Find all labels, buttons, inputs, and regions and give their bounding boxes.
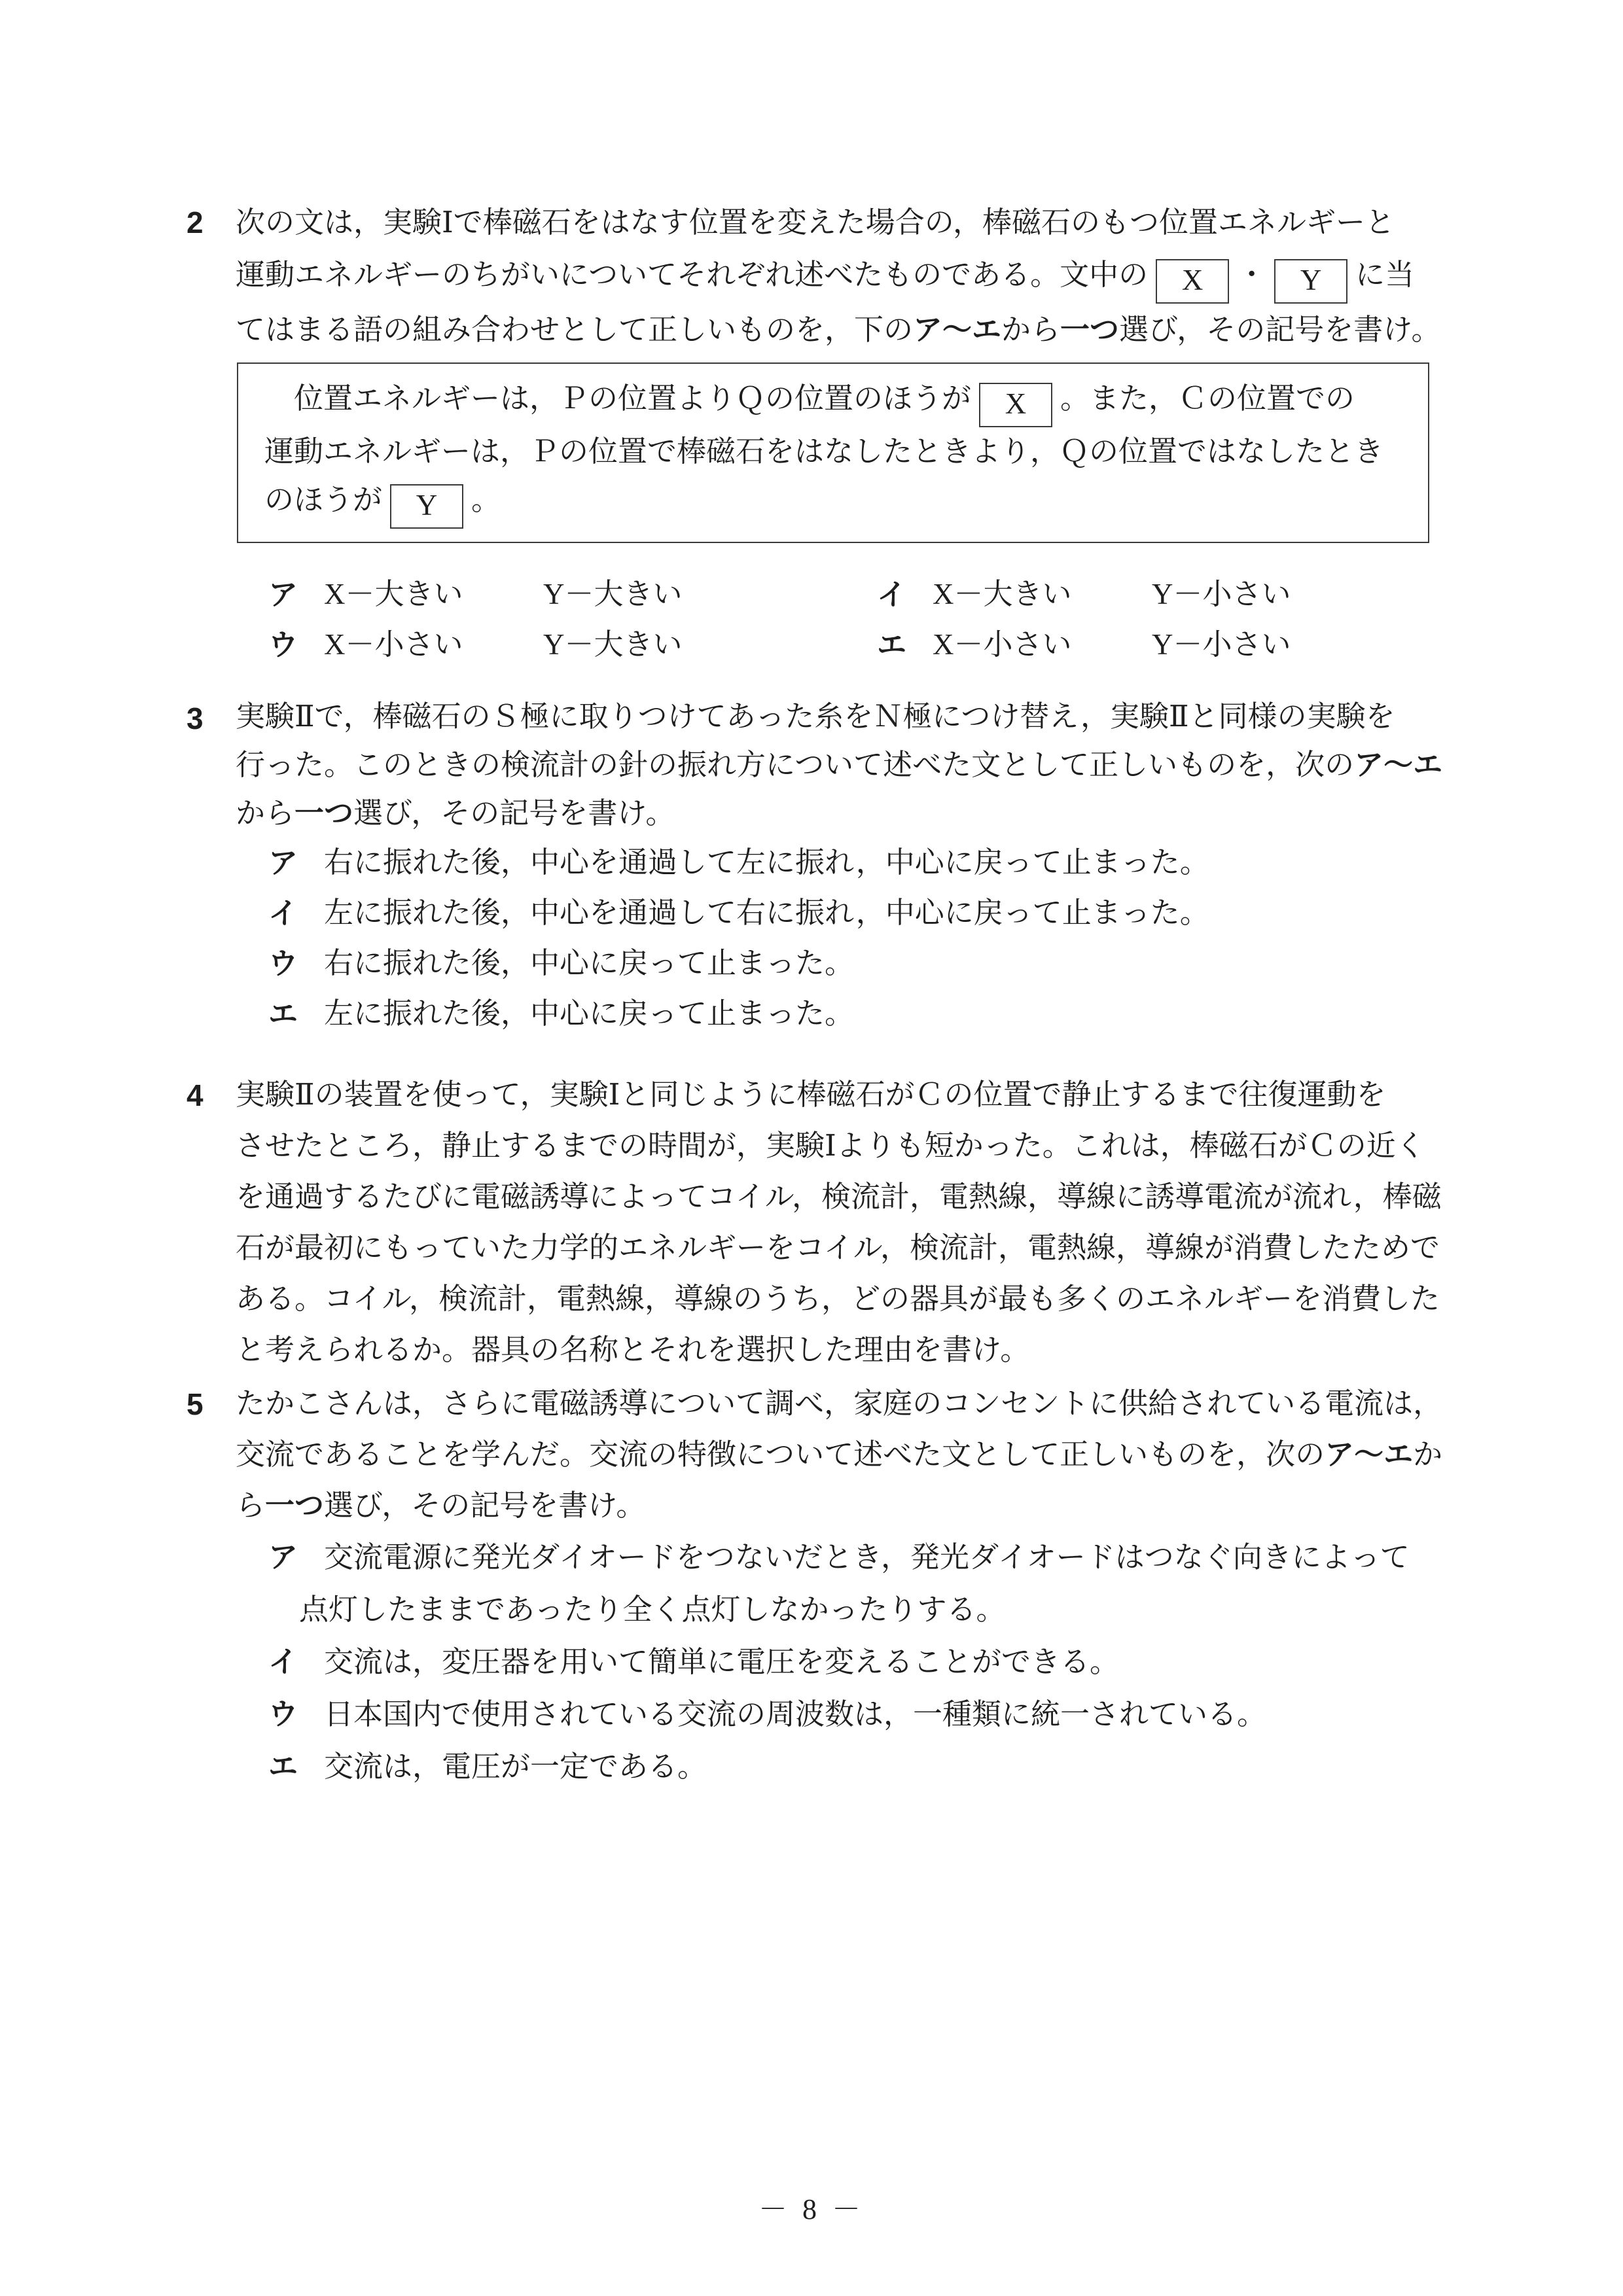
y-answer-box: Y (1274, 259, 1347, 304)
q5-choice-range-bold: ア～エ (1325, 1438, 1413, 1471)
q2-statement-box: 位置エネルギーは，Ｐの位置よりＱの位置のほうがX。また，Ｃの位置での 運動エネル… (237, 362, 1429, 543)
q5-option-u-text: 日本国内で使用されている交流の周波数は，一種類に統一されている。 (324, 1688, 1266, 1740)
q3-line1-text: 実験Ⅱで，棒磁石のＳ極に取りつけてあった糸をＮ極につけ替え，実験Ⅱと同様の実験を (236, 700, 1395, 733)
q2-line2-text: 運動エネルギーのちがいについてそれぞれ述べたものである。文中の (236, 258, 1148, 291)
q5-line3-tail: 選び，その記号を書け。 (324, 1489, 645, 1522)
q2-line1-text: 次の文は，実験Ⅰで棒磁石をはなす位置を変えた場合の，棒磁石のもつ位置エネルギーと (236, 206, 1395, 239)
q3-option-a: ア 右に振れた後，中心を通過して左に振れ，中心に戻って止まった。 (268, 838, 1459, 888)
q2-box-x-blank: X (979, 383, 1052, 427)
q5-line1-text: たかこさんは，さらに電磁誘導について調べ，家庭のコンセントに供給されている電流は… (236, 1387, 1442, 1420)
q2-option-u-marker: ウ (268, 620, 324, 670)
question-4-number: 4 (187, 1069, 204, 1122)
question-4-line-1: 実験Ⅱの装置を使って，実験Ⅰと同じように棒磁石がＣの位置で静止するまで往復運動を (236, 1069, 1459, 1120)
question-5-number: 5 (187, 1378, 204, 1430)
q2-option-a-y: Y－大きい (543, 569, 683, 620)
question-2-line-2: 運動エネルギーのちがいについてそれぞれ述べたものである。文中のX・Yに当 (236, 249, 1459, 304)
question-2: 2 次の文は，実験Ⅰで棒磁石をはなす位置を変えた場合の，棒磁石のもつ位置エネルギ… (187, 196, 1459, 670)
q2-option-u-y: Y－大きい (543, 620, 683, 670)
q3-options: ア 右に振れた後，中心を通過して左に振れ，中心に戻って止まった。 イ 左に振れた… (268, 838, 1459, 1039)
question-3-body: 実験Ⅱで，棒磁石のＳ極に取りつけてあった糸をＮ極につけ替え，実験Ⅱと同様の実験を… (236, 692, 1459, 1039)
question-4-line-4: 石が最初にもっていた力学的エネルギーをコイル，検流計，電熱線，導線が消費したため… (236, 1222, 1459, 1273)
question-3-line-1: 実験Ⅱで，棒磁石のＳ極に取りつけてあった糸をＮ極につけ替え，実験Ⅱと同様の実験を (236, 692, 1459, 741)
q5-options: ア 交流電源に発光ダイオードをつないだとき，発光ダイオードはつなぐ向きによって … (268, 1531, 1459, 1793)
q2-option-a: ア X－大きい Y－大きい (268, 569, 877, 620)
q2-choice-range-bold: ア～エ (913, 313, 1001, 346)
q2-option-e: エ X－小さい Y－小さい (877, 620, 1459, 670)
q5-option-a: ア 交流電源に発光ダイオードをつないだとき，発光ダイオードはつなぐ向きによって … (268, 1531, 1459, 1636)
q2-option-a-marker: ア (268, 569, 324, 620)
question-4-body: 実験Ⅱの装置を使って，実験Ⅰと同じように棒磁石がＣの位置で静止するまで往復運動を… (236, 1069, 1459, 1375)
question-5-line-2: 交流であることを学んだ。交流の特徴について述べた文として正しいものを，次のア～エ… (236, 1429, 1459, 1480)
q5-option-e: エ 交流は，電圧が一定である。 (268, 1740, 1459, 1793)
q2-line2-separator: ・ (1237, 258, 1266, 291)
question-2-number: 2 (187, 196, 204, 249)
q2-option-i-y: Y－小さい (1152, 569, 1291, 620)
q3-option-a-marker: ア (268, 838, 324, 888)
q2-option-u-x: X－小さい (324, 620, 543, 670)
q2-hitotsu-bold: 一つ (1060, 313, 1119, 346)
q2-option-e-y: Y－小さい (1152, 620, 1291, 670)
q5-option-a-line-2: 点灯したままであったり全く点灯しなかったりする。 (299, 1583, 1410, 1636)
q2-option-i-x: X－大きい (933, 569, 1152, 620)
q3-line3-text: から (236, 797, 294, 830)
q2-box-l2-text: 運動エネルギーは，Ｐの位置で棒磁石をはなしたときより，Ｑの位置ではなしたとき (264, 435, 1383, 468)
q2-box-l1-tail: 。また，Ｃの位置での (1060, 382, 1355, 415)
question-3-line-3: から一つ選び，その記号を書け。 (236, 789, 1459, 838)
q2-box-y-blank: Y (390, 484, 463, 529)
question-5: 5 たかこさんは，さらに電磁誘導について調べ，家庭のコンセントに供給されている電… (187, 1378, 1459, 1793)
q5-option-i-text: 交流は，変圧器を用いて簡単に電圧を変えることができる。 (324, 1636, 1119, 1688)
question-4-line-2: させたところ，静止するまでの時間が，実験Ⅰよりも短かった。これは，棒磁石がＣの近… (236, 1120, 1459, 1171)
question-2-body: 次の文は，実験Ⅰで棒磁石をはなす位置を変えた場合の，棒磁石のもつ位置エネルギーと… (236, 196, 1459, 670)
q2-options: ア X－大きい Y－大きい イ X－大きい Y－小さい ウ X－小さい Y－大き… (268, 569, 1459, 670)
q5-option-u-marker: ウ (268, 1688, 324, 1740)
q2-line3-tail: 選び，その記号を書け。 (1119, 313, 1440, 346)
q3-option-a-text: 右に振れた後，中心を通過して左に振れ，中心に戻って止まった。 (324, 838, 1209, 888)
q5-option-a-line-1: 交流電源に発光ダイオードをつないだとき，発光ダイオードはつなぐ向きによって (324, 1531, 1410, 1583)
question-4-line-3: を通過するたびに電磁誘導によってコイル，検流計，電熱線，導線に誘導電流が流れ，棒… (236, 1171, 1459, 1222)
q2-box-l1-text: 位置エネルギーは，Ｐの位置よりＱの位置のほうが (294, 382, 971, 415)
q2-line3-mid: から (1001, 313, 1060, 346)
q5-option-e-marker: エ (268, 1740, 324, 1793)
q4-line1-text: 実験Ⅱの装置を使って，実験Ⅰと同じように棒磁石がＣの位置で静止するまで往復運動を (236, 1078, 1385, 1111)
page-number: － 8 － (0, 2193, 1623, 2226)
q5-option-a-body: 交流電源に発光ダイオードをつないだとき，発光ダイオードはつなぐ向きによって 点灯… (324, 1531, 1410, 1636)
q4-line5-text: ある。コイル，検流計，電熱線，導線のうち，どの器具が最も多くのエネルギーを消費し… (236, 1282, 1440, 1315)
q2-option-i-marker: イ (877, 569, 933, 620)
q2-box-line-1: 位置エネルギーは，Ｐの位置よりＱの位置のほうがX。また，Ｃの位置での (264, 374, 1402, 427)
question-4-line-6: と考えられるか。器具の名称とそれを選択した理由を書け。 (236, 1324, 1459, 1375)
q3-option-i-marker: イ (268, 888, 324, 938)
question-5-body: たかこさんは，さらに電磁誘導について調べ，家庭のコンセントに供給されている電流は… (236, 1378, 1459, 1793)
q3-option-e-text: 左に振れた後，中心に戻って止まった。 (324, 989, 854, 1039)
q5-line3-text: ら (236, 1489, 265, 1522)
q2-box-line-3: のほうがY。 (264, 476, 1402, 529)
q2-line2-tail: に当 (1355, 258, 1414, 291)
q4-line6-text: と考えられるか。器具の名称とそれを選択した理由を書け。 (236, 1333, 1029, 1366)
q4-line4-text: 石が最初にもっていた力学的エネルギーをコイル，検流計，電熱線，導線が消費したため… (236, 1231, 1440, 1264)
q5-option-u: ウ 日本国内で使用されている交流の周波数は，一種類に統一されている。 (268, 1688, 1459, 1740)
q4-line2-text: させたところ，静止するまでの時間が，実験Ⅰよりも短かった。これは，棒磁石がＣの近… (236, 1129, 1425, 1162)
q2-option-i: イ X－大きい Y－小さい (877, 569, 1459, 620)
q3-option-u-marker: ウ (268, 938, 324, 989)
q3-option-u: ウ 右に振れた後，中心に戻って止まった。 (268, 938, 1459, 989)
question-5-line-1: たかこさんは，さらに電磁誘導について調べ，家庭のコンセントに供給されている電流は… (236, 1378, 1459, 1429)
q2-option-a-x: X－大きい (324, 569, 543, 620)
question-3: 3 実験Ⅱで，棒磁石のＳ極に取りつけてあった糸をＮ極につけ替え，実験Ⅱと同様の実… (187, 692, 1459, 1039)
q5-hitotsu-bold: 一つ (265, 1489, 324, 1522)
q3-option-e: エ 左に振れた後，中心に戻って止まった。 (268, 989, 1459, 1039)
q2-box-line-2: 運動エネルギーは，Ｐの位置で棒磁石をはなしたときより，Ｑの位置ではなしたとき (264, 427, 1402, 476)
question-4: 4 実験Ⅱの装置を使って，実験Ⅰと同じように棒磁石がＣの位置で静止するまで往復運… (187, 1069, 1459, 1375)
q2-line3-text: てはまる語の組み合わせとして正しいものを，下の (236, 313, 913, 346)
question-2-line-3: てはまる語の組み合わせとして正しいものを，下のア～エから一つ選び，その記号を書け… (236, 304, 1459, 356)
q5-option-i: イ 交流は，変圧器を用いて簡単に電圧を変えることができる。 (268, 1636, 1459, 1688)
q3-choice-range-bold: ア～エ (1354, 748, 1442, 781)
exam-page: 2 次の文は，実験Ⅰで棒磁石をはなす位置を変えた場合の，棒磁石のもつ位置エネルギ… (0, 0, 1623, 2296)
q2-box-l3-text: のほうが (264, 484, 382, 516)
q5-option-e-text: 交流は，電圧が一定である。 (324, 1740, 707, 1793)
question-5-line-3: ら一つ選び，その記号を書け。 (236, 1480, 1459, 1531)
x-answer-box: X (1156, 259, 1229, 304)
q3-line2-text: 行った。このときの検流計の針の振れ方について述べた文として正しいものを，次の (236, 749, 1354, 781)
question-3-line-2: 行った。このときの検流計の針の振れ方について述べた文として正しいものを，次のア～… (236, 741, 1459, 789)
q5-option-i-marker: イ (268, 1636, 324, 1688)
q2-option-u: ウ X－小さい Y－大きい (268, 620, 877, 670)
q5-line2-text: 交流であることを学んだ。交流の特徴について述べた文として正しいものを，次の (236, 1438, 1325, 1471)
q2-box-l3-tail: 。 (471, 484, 501, 516)
question-4-line-5: ある。コイル，検流計，電熱線，導線のうち，どの器具が最も多くのエネルギーを消費し… (236, 1273, 1459, 1324)
q2-option-e-marker: エ (877, 620, 933, 670)
q3-option-u-text: 右に振れた後，中心に戻って止まった。 (324, 938, 854, 989)
q3-hitotsu-bold: 一つ (294, 796, 353, 830)
q4-line3-text: を通過するたびに電磁誘導によってコイル，検流計，電熱線，導線に誘導電流が流れ，棒… (236, 1180, 1442, 1213)
q3-option-i-text: 左に振れた後，中心を通過して右に振れ，中心に戻って止まった。 (324, 888, 1209, 938)
q3-line3-tail: 選び，その記号を書け。 (353, 797, 675, 830)
q2-option-e-x: X－小さい (933, 620, 1152, 670)
q3-option-e-marker: エ (268, 989, 324, 1039)
q3-option-i: イ 左に振れた後，中心を通過して右に振れ，中心に戻って止まった。 (268, 888, 1459, 938)
question-3-number: 3 (187, 692, 204, 745)
question-2-line-1: 次の文は，実験Ⅰで棒磁石をはなす位置を変えた場合の，棒磁石のもつ位置エネルギーと (236, 196, 1459, 249)
q5-line2-tail: か (1413, 1438, 1442, 1471)
